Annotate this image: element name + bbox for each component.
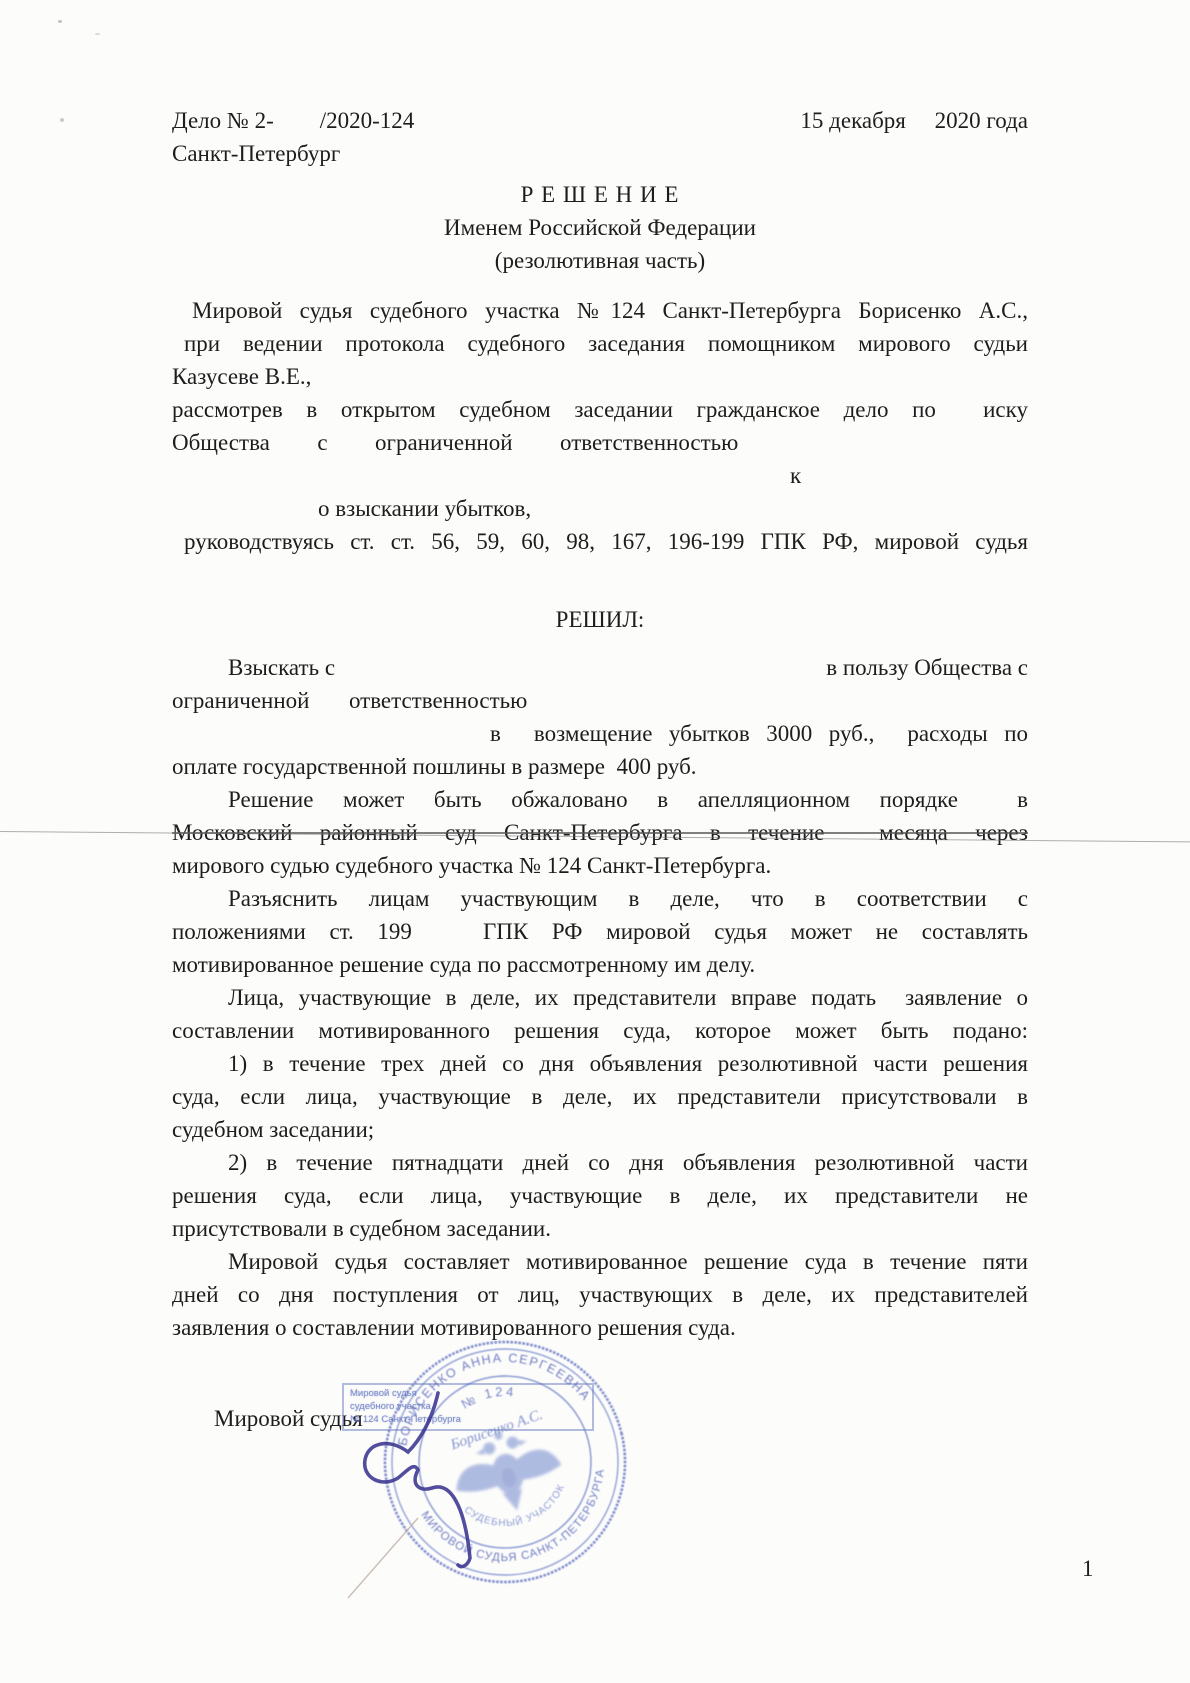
clarify-line: судебном заседании; — [172, 1113, 1028, 1146]
document-title: Р Е Ш Е Н И Е — [172, 178, 1028, 211]
resolution-heading: РЕШИЛ: — [172, 603, 1028, 636]
document-subtitle: Именем Российской Федерации — [172, 211, 1028, 244]
intro-line: Мировой судья судебного участка №124 Сан… — [172, 294, 1028, 327]
document-date: 15 декабря 2020 года — [800, 104, 1028, 137]
intro-line: о взыскании убытков, — [318, 492, 1028, 525]
city: Санкт-Петербург — [172, 137, 1028, 170]
document-body: Дело № 2- /2020-124 15 декабря 2020 года… — [172, 104, 1028, 1435]
intro-line: руководствуясь ст. ст. 56, 59, 60, 98, 1… — [172, 525, 1028, 558]
document-title-note: (резолютивная часть) — [172, 244, 1028, 277]
header-row: Дело № 2- /2020-124 15 декабря 2020 года — [172, 104, 1028, 137]
intro-line-k: к — [790, 459, 1028, 492]
case-number: Дело № 2- /2020-124 — [172, 104, 414, 137]
intro-line: рассмотрев в открытом судебном заседании… — [172, 393, 1028, 426]
operative-line-right: в пользу Общества с — [826, 651, 1028, 684]
clarify-line: 2) в течение пятнадцати дней со дня объя… — [172, 1146, 1028, 1179]
intro-line: Общества с ограниченной ответственностью — [172, 426, 1028, 459]
scan-speck — [58, 20, 62, 23]
clarify-line: положениями ст. 199 ГПК РФ мировой судья… — [172, 915, 1028, 948]
clarify-line: 1) в течение трех дней со дня объявления… — [172, 1047, 1028, 1080]
clarify-line: дней со дня поступления от лиц, участвую… — [172, 1278, 1028, 1311]
clarify-line: Мировой судья составляет мотивированное … — [172, 1245, 1028, 1278]
clarify-line: решения суда, если лица, участвующие в д… — [172, 1179, 1028, 1212]
operative-line: Взыскать с в пользу Общества с — [172, 651, 1028, 684]
clarify-line: присутствовали в судебном заседании. — [172, 1212, 1028, 1245]
operative-line: Решение может быть обжаловано в апелляци… — [172, 783, 1028, 816]
intro-line: при ведении протокола судебного заседани… — [172, 327, 1028, 360]
operative-line: мирового судью судебного участка № 124 С… — [172, 849, 1028, 882]
scan-speck — [95, 33, 100, 35]
scan-speck — [60, 118, 64, 122]
operative-line: оплате государственной пошлины в размере… — [172, 750, 1028, 783]
operative-line-left: Взыскать с — [172, 651, 335, 684]
clarify-line: составлении мотивированного решения суда… — [172, 1014, 1028, 1047]
pencil-line — [348, 1518, 418, 1598]
clarify-line: мотивированное решение суда по рассмотре… — [172, 948, 1028, 981]
clarify-line: суда, если лица, участвующие в деле, их … — [172, 1080, 1028, 1113]
clarify-line: Разъяснить лицам участвующим в деле, что… — [172, 882, 1028, 915]
judge-signature-ink — [330, 1375, 530, 1610]
page-number: 1 — [1082, 1552, 1094, 1585]
intro-line: Казусеве В.Е., — [172, 360, 1028, 393]
signature-stroke — [365, 1393, 470, 1567]
document-page: Дело № 2- /2020-124 15 декабря 2020 года… — [0, 0, 1190, 1683]
operative-line: ограниченной ответственностью — [172, 684, 1028, 717]
struck-text: Московский районный суд Санкт-Петербурга… — [172, 820, 1028, 845]
operative-line: в возмещение убытков 3000 руб., расходы … — [172, 717, 1028, 750]
struck-line: Московский районный суд Санкт-Петербурга… — [172, 816, 1028, 849]
clarify-line: Лица, участвующие в деле, их представите… — [172, 981, 1028, 1014]
